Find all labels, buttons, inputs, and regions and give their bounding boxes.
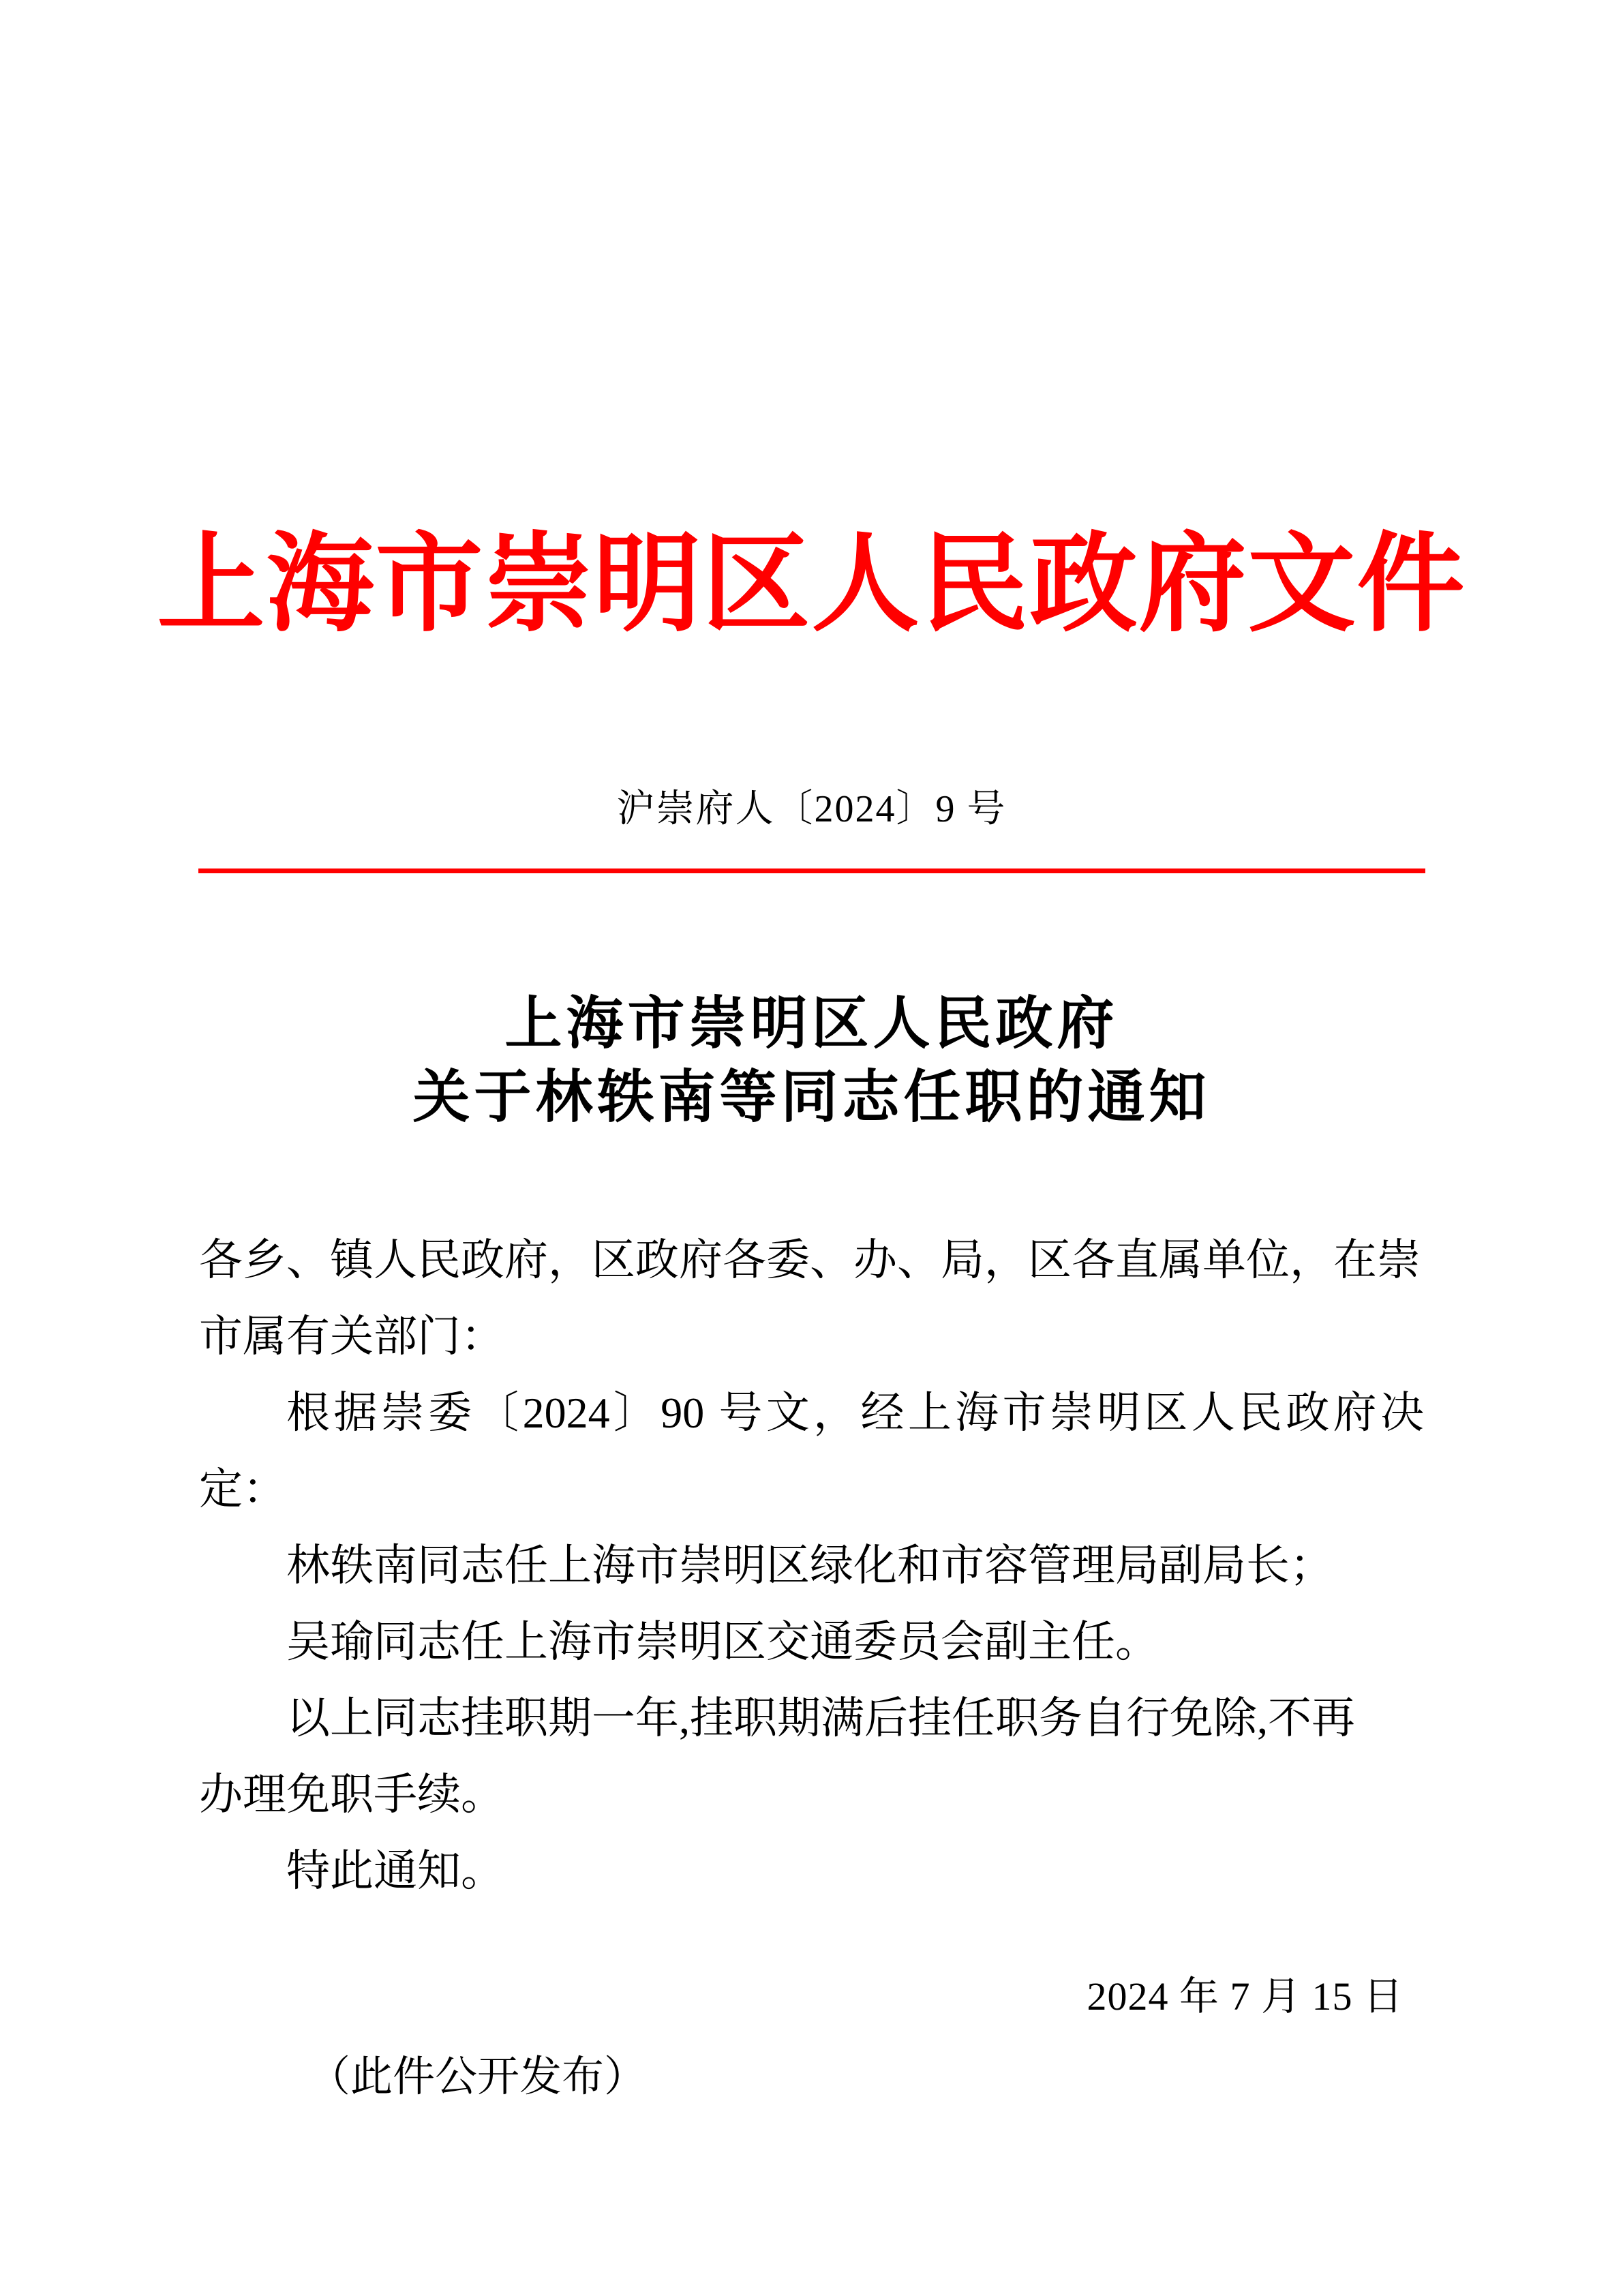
body-line-appointment-1: 林轶南同志任上海市崇明区绿化和市容管理局副局长； [199,1528,1424,1604]
body-text: 各乡、镇人民政府，区政府各委、办、局，区各直属单位，在崇 市属有关部门： 根据崇… [199,1222,1424,1909]
issue-date: 2024 年 7 月 15 日 [0,1972,1623,2022]
notice-title-line-2: 关于林轶南等同志任职的通知 [0,1061,1623,1135]
body-line-salutation-1: 各乡、镇人民政府，区政府各委、办、局，区各直属单位，在崇 [199,1222,1424,1299]
red-separator-line [198,868,1425,873]
body-line-term-1: 以上同志挂职期一年,挂职期满后挂任职务自行免除,不再 [199,1680,1424,1757]
notice-title: 上海市崇明区人民政府 关于林轶南等同志任职的通知 [0,988,1623,1135]
body-line-term-2: 办理免职手续。 [199,1757,1424,1833]
document-page: 上海市崇明区人民政府文件 沪崇府人〔2024〕9 号 上海市崇明区人民政府 关于… [0,0,1623,2296]
body-line-basis: 根据崇委〔2024〕90 号文，经上海市崇明区人民政府决定： [199,1375,1424,1528]
body-line-appointment-2: 吴瑜同志任上海市崇明区交通委员会副主任。 [199,1604,1424,1680]
body-line-closing: 特此通知。 [199,1833,1424,1909]
body-line-salutation-2: 市属有关部门： [199,1299,1424,1375]
document-number: 沪崇府人〔2024〕9 号 [0,787,1623,832]
letterhead-title: 上海市崇明区人民政府文件 [0,0,1623,642]
notice-title-line-1: 上海市崇明区人民政府 [0,988,1623,1061]
publish-note: （此件公开发布） [199,2050,1424,2105]
